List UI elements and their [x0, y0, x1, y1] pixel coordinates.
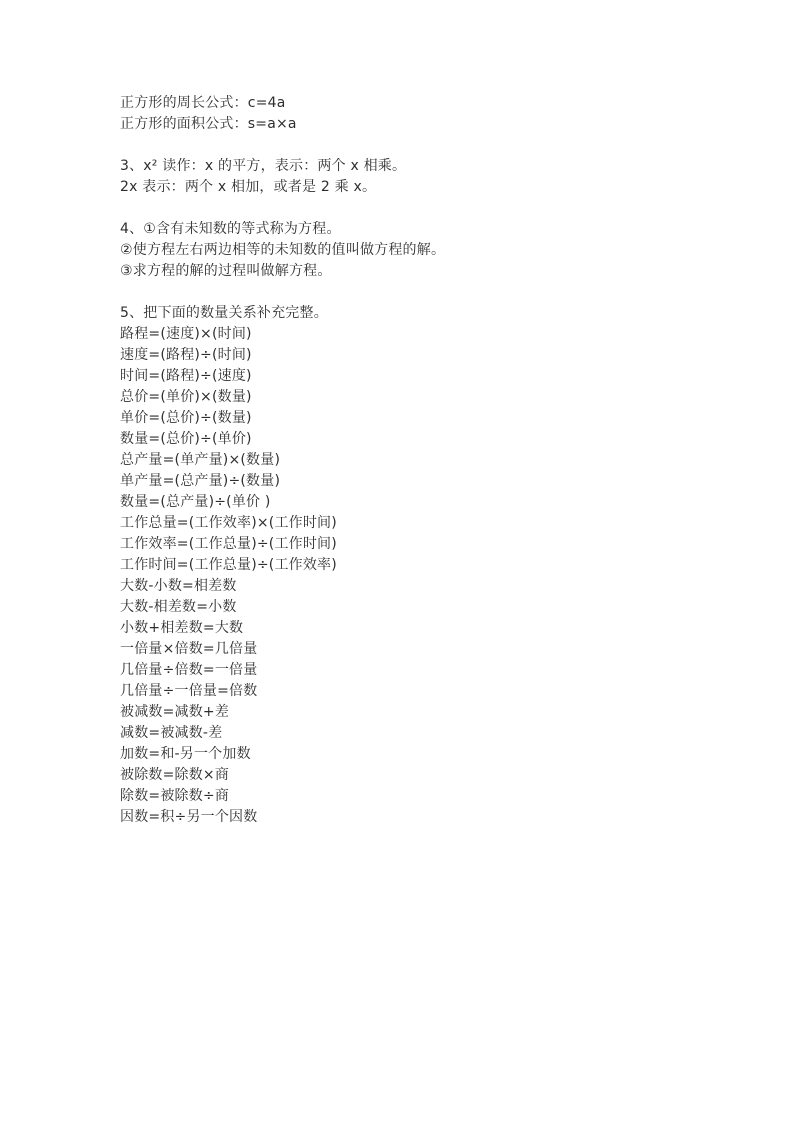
text-line-multiple-div-base: 几倍量÷一倍量=倍数 — [120, 681, 445, 702]
text-line-dividend: 被除数=除数×商 — [120, 765, 445, 786]
text-line-factor: 因数=积÷另一个因数 — [120, 807, 445, 828]
text-line-addend: 加数=和-另一个加数 — [120, 744, 445, 765]
text-line-work-efficiency: 工作效率=(工作总量)÷(工作时间) — [120, 534, 445, 555]
section-x-square-meaning: 3、x² 读作：x 的平方，表示：两个 x 相乘。 2x 表示：两个 x 相加，… — [120, 156, 445, 198]
text-line-square-area: 正方形的面积公式：s=a×a — [120, 114, 445, 135]
text-line-speed: 速度=(路程)÷(时间) — [120, 345, 445, 366]
text-line-x-squared: 3、x² 读作：x 的平方，表示：两个 x 相乘。 — [120, 156, 445, 177]
text-line-big-minus-small: 大数-小数=相差数 — [120, 576, 445, 597]
text-line-equation-def-3: ③求方程的解的过程叫做解方程。 — [120, 261, 445, 282]
text-line-total-output: 总产量=(单产量)×(数量) — [120, 450, 445, 471]
text-line-quantity: 数量=(总价)÷(单价) — [120, 429, 445, 450]
text-line-equation-def-2: ②使方程左右两边相等的未知数的值叫做方程的解。 — [120, 240, 445, 261]
text-line-total-price: 总价=(单价)×(数量) — [120, 387, 445, 408]
section-square-formulas: 正方形的周长公式：c=4a 正方形的面积公式：s=a×a — [120, 93, 445, 135]
text-line-big-minus-diff: 大数-相差数=小数 — [120, 597, 445, 618]
section-quantity-relations: 5、把下面的数量关系补充完整。 路程=(速度)×(时间) 速度=(路程)÷(时间… — [120, 303, 445, 828]
text-line-quantity-2: 数量=(总产量)÷(单价 ) — [120, 492, 445, 513]
text-line-unit-price: 单价=(总价)÷(数量) — [120, 408, 445, 429]
text-line-unit-output: 单产量=(总产量)÷(数量) — [120, 471, 445, 492]
text-line-small-plus-diff: 小数+相差数=大数 — [120, 618, 445, 639]
text-line-square-perimeter: 正方形的周长公式：c=4a — [120, 93, 445, 114]
text-line-relations-heading: 5、把下面的数量关系补充完整。 — [120, 303, 445, 324]
text-line-work-time: 工作时间=(工作总量)÷(工作效率) — [120, 555, 445, 576]
text-line-distance: 路程=(速度)×(时间) — [120, 324, 445, 345]
section-equation-definitions: 4、①含有未知数的等式称为方程。 ②使方程左右两边相等的未知数的值叫做方程的解。… — [120, 219, 445, 282]
document-text-block: 正方形的周长公式：c=4a 正方形的面积公式：s=a×a 3、x² 读作：x 的… — [120, 93, 445, 828]
text-line-time: 时间=(路程)÷(速度) — [120, 366, 445, 387]
text-line-multiple-div-factor: 几倍量÷倍数=一倍量 — [120, 660, 445, 681]
text-line-2x: 2x 表示：两个 x 相加，或者是 2 乘 x。 — [120, 177, 445, 198]
text-line-minuend: 被减数=减数+差 — [120, 702, 445, 723]
text-line-equation-def-1: 4、①含有未知数的等式称为方程。 — [120, 219, 445, 240]
text-line-base-times-multiple: 一倍量×倍数=几倍量 — [120, 639, 445, 660]
text-line-divisor: 除数=被除数÷商 — [120, 786, 445, 807]
text-line-work-total: 工作总量=(工作效率)×(工作时间) — [120, 513, 445, 534]
document-page: 正方形的周长公式：c=4a 正方形的面积公式：s=a×a 3、x² 读作：x 的… — [0, 0, 793, 1122]
text-line-subtrahend: 减数=被减数-差 — [120, 723, 445, 744]
